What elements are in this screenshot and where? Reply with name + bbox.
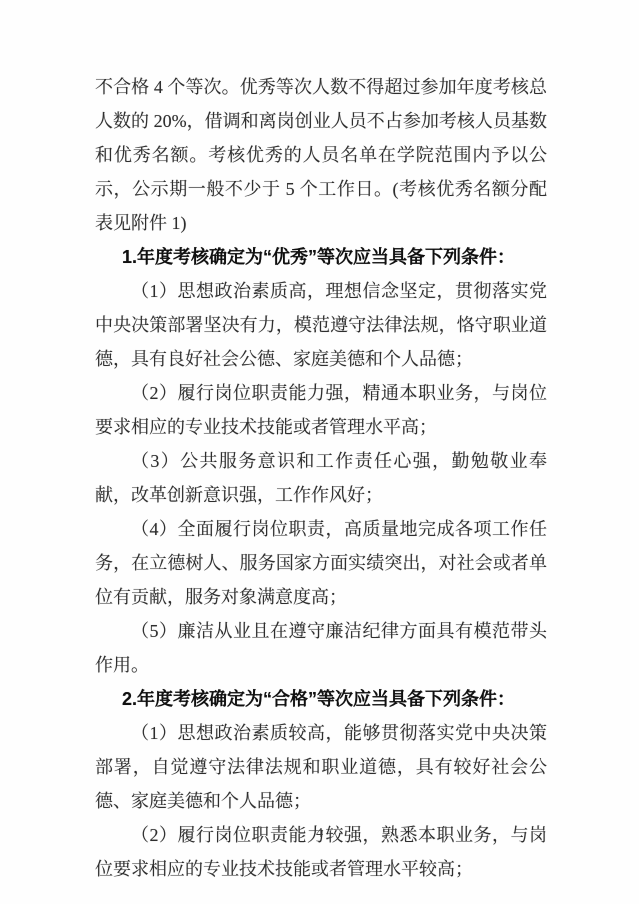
page-number: 4: [0, 824, 639, 844]
document-page: 不合格 4 个等次。优秀等次人数不得超过参加年度考核总人数的 20%，借调和离岗…: [0, 0, 639, 904]
heading-qualified-criteria: 2.年度考核确定为“合格”等次应当具备下列条件：: [95, 682, 547, 716]
excellent-item-5: （5）廉洁从业且在遵守廉洁纪律方面具有模范带头作用。: [95, 614, 547, 682]
excellent-item-2: （2）履行岗位职责能力强，精通本职业务，与岗位要求相应的专业技术技能或者管理水平…: [95, 376, 547, 444]
excellent-item-4: （4）全面履行岗位职责，高质量地完成各项工作任务，在立德树人、服务国家方面实绩突…: [95, 512, 547, 614]
paragraph-continuation: 不合格 4 个等次。优秀等次人数不得超过参加年度考核总人数的 20%，借调和离岗…: [95, 70, 547, 240]
document-body: 不合格 4 个等次。优秀等次人数不得超过参加年度考核总人数的 20%，借调和离岗…: [95, 70, 547, 886]
qualified-item-1: （1）思想政治素质较高，能够贯彻落实党中央决策部署，自觉遵守法律法规和职业道德，…: [95, 716, 547, 818]
excellent-item-1: （1）思想政治素质高，理想信念坚定，贯彻落实党中央决策部署坚决有力，模范遵守法律…: [95, 274, 547, 376]
excellent-item-3: （3）公共服务意识和工作责任心强，勤勉敬业奉献，改革创新意识强，工作作风好；: [95, 444, 547, 512]
heading-excellent-criteria: 1.年度考核确定为“优秀”等次应当具备下列条件：: [95, 240, 547, 274]
